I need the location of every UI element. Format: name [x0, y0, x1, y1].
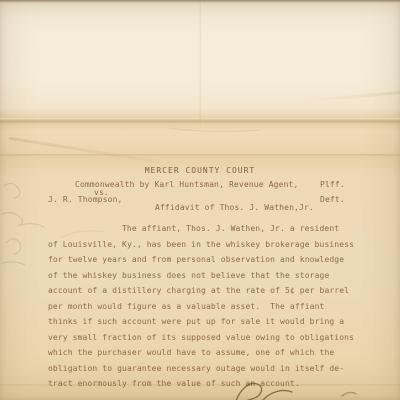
court-heading: MERCER COUNTY COURT [0, 166, 400, 175]
body-line: for twelve years and from personal obser… [48, 252, 362, 268]
body-line: of Louisville, Ky., has been in the whis… [48, 237, 362, 253]
affidavit-body: The affiant, Thos. J. Wathen, Jr. a resi… [48, 221, 362, 392]
plaintiff-abbreviation: Plff. [320, 180, 345, 189]
body-line: which the purchaser would have to assume… [48, 345, 362, 361]
body-line: The affiant, Thos. J. Wathen, Jr. a resi… [48, 221, 362, 237]
body-line: thinks if such account were put up for s… [48, 314, 362, 330]
body-line: obligation to guarantee necessary outage… [48, 361, 362, 377]
body-line: per month would figure as a valuable ass… [48, 299, 362, 315]
body-line: of the whiskey business does not believe… [48, 268, 362, 284]
body-line: tract enormously from the value of such … [48, 376, 362, 392]
scanned-affidavit-page: MERCER COUNTY COURT Commonwealth by Karl… [0, 0, 400, 400]
body-line: very small fraction of its supposed valu… [48, 330, 362, 346]
body-line: account of a distillery charging at the … [48, 283, 362, 299]
affidavit-title: Affidavit of Thos. J. Wathen,Jr. [155, 203, 314, 212]
defendant-line: J. R. Thompson, [48, 195, 123, 204]
fold-crease-vertical [199, 2, 202, 124]
fold-crease-secondary [0, 154, 400, 157]
defendant-abbreviation: Deft. [320, 195, 345, 204]
